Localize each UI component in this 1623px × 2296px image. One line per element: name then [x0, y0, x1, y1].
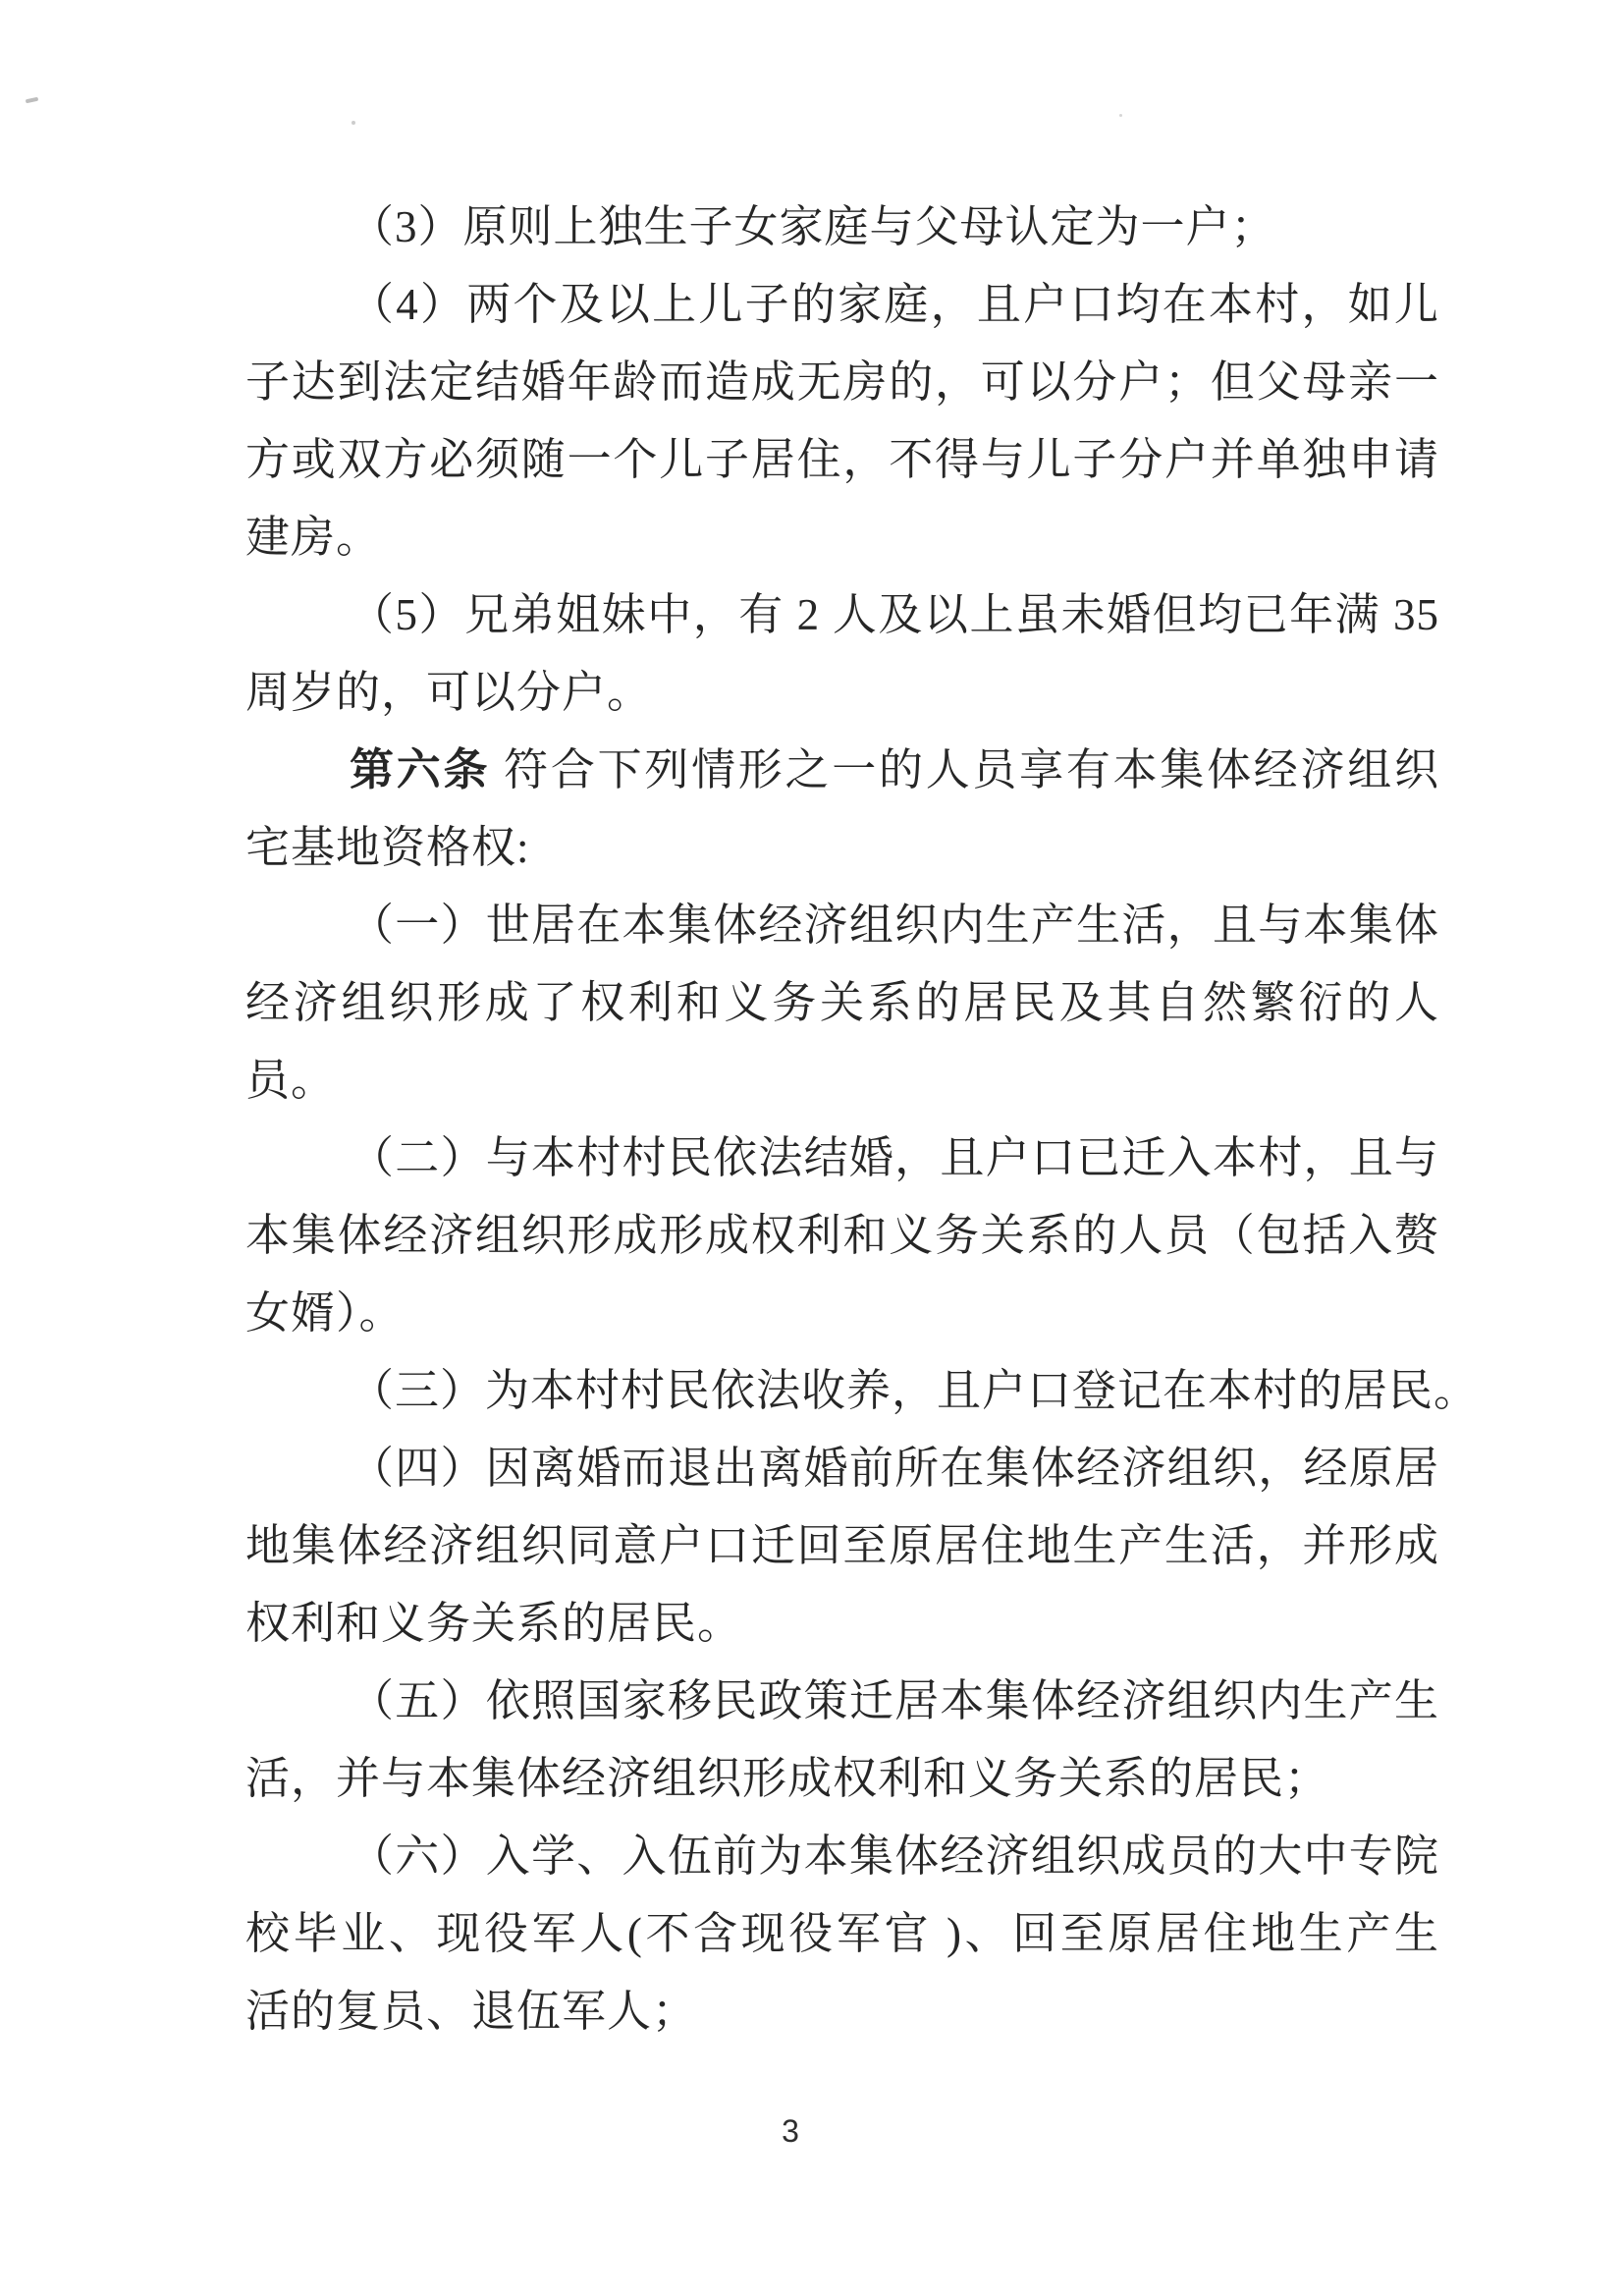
- text-line: （4）两个及以上儿子的家庭，且户口均在本村，如儿: [245, 266, 1439, 344]
- text-line: （五）依照国家移民政策迁居本集体经济组织内生产生: [245, 1663, 1439, 1740]
- scan-artifact: [352, 121, 355, 125]
- page-number: 3: [761, 2102, 820, 2160]
- text-line: （二）与本村村民依法结婚，且户口已迁入本村，且与: [245, 1120, 1439, 1197]
- text-line: 经济组织形成了权利和义务关系的居民及其自然繁衍的人: [245, 964, 1439, 1042]
- text-line: 宅基地资格权:: [245, 809, 1439, 887]
- text-line: （四）因离婚而退出离婚前所在集体经济组织，经原居: [245, 1430, 1439, 1507]
- text-line: （六）入学、入伍前为本集体经济组织成员的大中专院: [245, 1818, 1439, 1895]
- text-line: （5）兄弟姐妹中，有 2 人及以上虽未婚但均已年满 35: [245, 576, 1439, 654]
- text-line: 校毕业、现役军人(不含现役军官 )、回至原居住地生产生: [245, 1895, 1439, 1973]
- text-line: 员。: [245, 1042, 1439, 1120]
- text-line: 建房。: [245, 499, 1439, 576]
- text-line: 方或双方必须随一个儿子居住，不得与儿子分户并单独申请: [245, 421, 1439, 499]
- scan-artifact: [26, 97, 39, 104]
- article-title-text: 符合下列情形之一的人员享有本集体经济组织: [490, 745, 1439, 794]
- text-line: 女婿）。: [245, 1275, 1439, 1352]
- text-line: 本集体经济组织形成形成权利和义务关系的人员（包括入赘: [245, 1197, 1439, 1275]
- document-body: （3）原则上独生子女家庭与父母认定为一户； （4）两个及以上儿子的家庭，且户口均…: [245, 189, 1439, 2050]
- text-line: 周岁的，可以分户。: [245, 654, 1439, 732]
- text-line: 活的复员、退伍军人；: [245, 1973, 1439, 2050]
- scan-artifact: [1119, 114, 1122, 117]
- text-line: （一）世居在本集体经济组织内生产生活，且与本集体: [245, 887, 1439, 964]
- text-line: 第六条 符合下列情形之一的人员享有本集体经济组织: [245, 732, 1439, 809]
- document-page: （3）原则上独生子女家庭与父母认定为一户； （4）两个及以上儿子的家庭，且户口均…: [0, 0, 1623, 2296]
- text-line: 活，并与本集体经济组织形成权利和义务关系的居民；: [245, 1740, 1439, 1818]
- article-number: 第六条: [350, 745, 490, 794]
- text-line: （三）为本村村民依法收养，且户口登记在本村的居民。: [245, 1352, 1439, 1430]
- text-line: （3）原则上独生子女家庭与父母认定为一户；: [245, 189, 1439, 266]
- text-line: 子达到法定结婚年龄而造成无房的，可以分户；但父母亲一: [245, 344, 1439, 421]
- text-line: 权利和义务关系的居民。: [245, 1585, 1439, 1663]
- text-line: 地集体经济组织同意户口迁回至原居住地生产生活，并形成: [245, 1507, 1439, 1585]
